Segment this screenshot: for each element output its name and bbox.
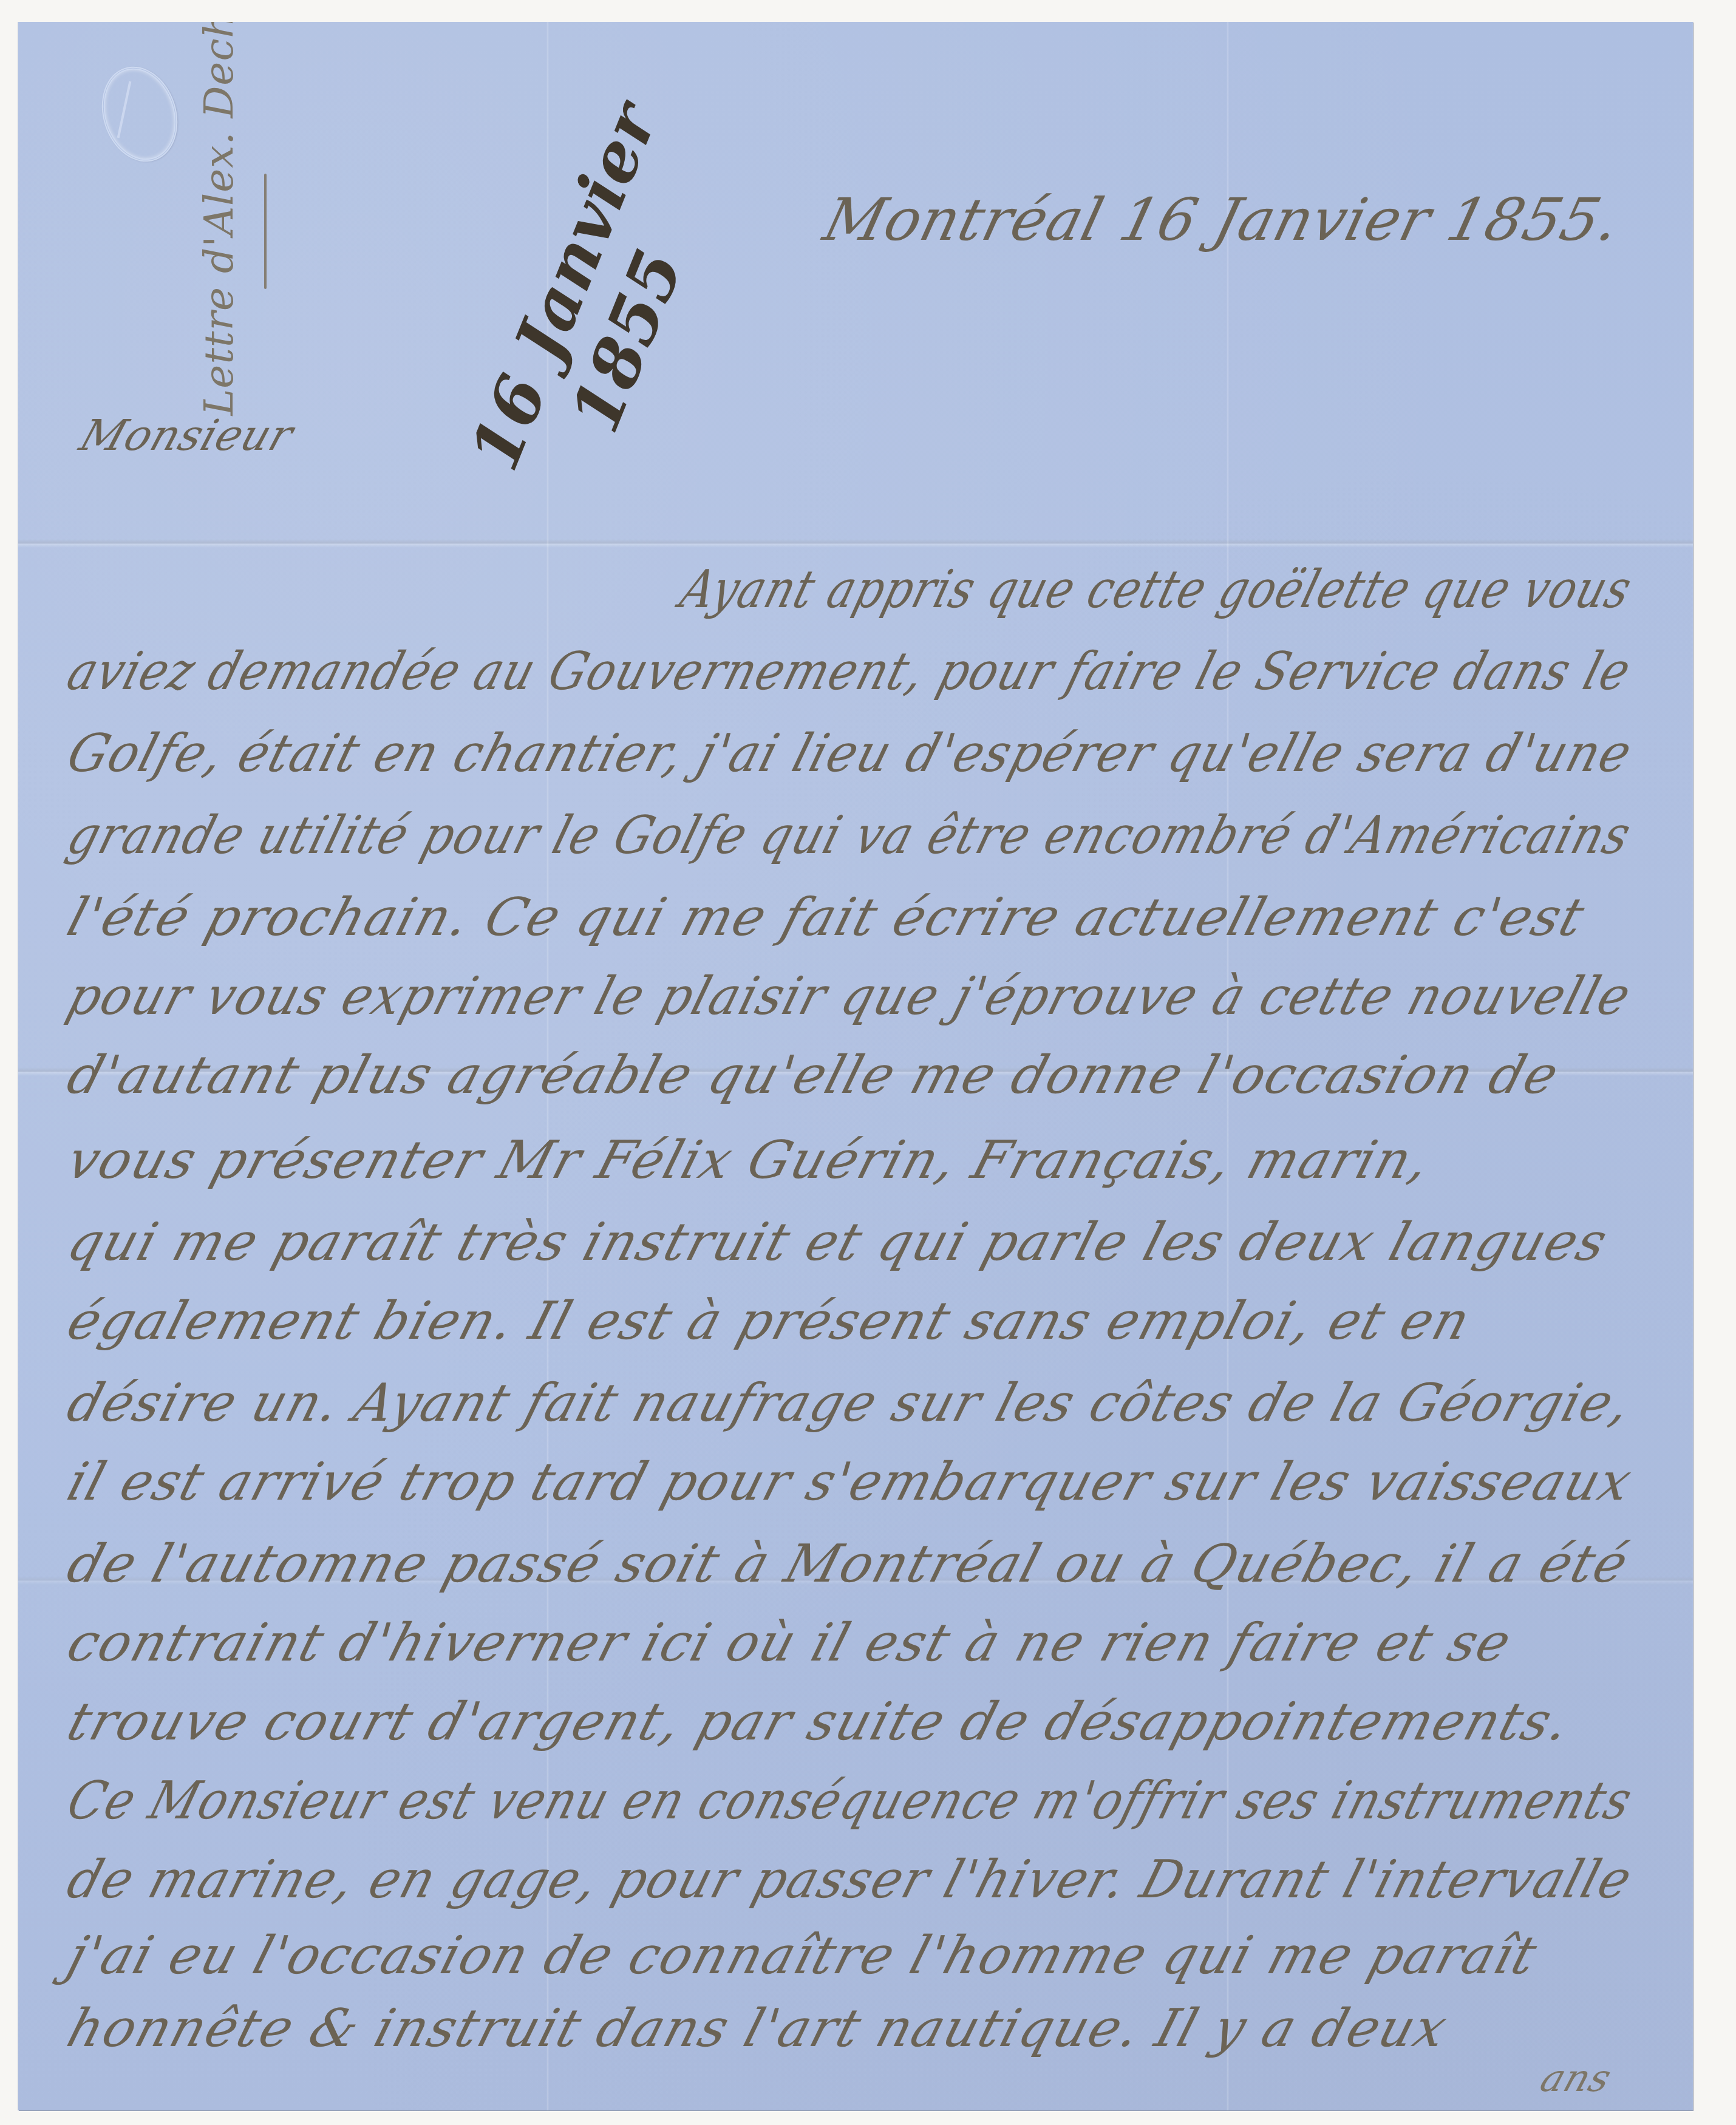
body-line: pour vous exprimer le plaisir que j'épro… [61, 966, 1638, 1027]
body-line: Golfe, était en chantier, j'ai lieu d'es… [61, 723, 1639, 784]
embossed-seal-icon [90, 56, 189, 171]
body-line: qui me paraît très instruit et qui parle… [61, 1212, 1615, 1273]
body-line: trouve court d'argent, par suite de désa… [61, 1691, 1578, 1752]
body-line: d'autant plus agréable qu'elle me donne … [61, 1045, 1566, 1106]
body-line: de marine, en gage, pour passer l'hiver.… [61, 1849, 1639, 1910]
scanned-letter: Lettre d'Alex. Dechêne 16 Janvier 1855 M… [0, 0, 1736, 2125]
body-line: vous présenter Mr Félix Guérin, Français… [61, 1130, 1438, 1191]
horizontal-fold-upper [18, 539, 1693, 548]
body-line: de l'automne passé soit à Montréal ou à … [61, 1534, 1636, 1594]
body-line: aviez demandée au Gouvernement, pour fai… [61, 641, 1638, 702]
body-line: l'été prochain. Ce qui me fait écrire ac… [61, 887, 1592, 948]
place-and-date: Montréal 16 Janvier 1855. [817, 186, 1627, 254]
receipt-date: 16 Janvier 1855 [455, 92, 746, 510]
catchword: ans [1535, 2056, 1617, 2100]
salutation: Monsieur [74, 410, 300, 460]
body-line: contraint d'hiverner ici où il est à ne … [61, 1613, 1519, 1673]
body-line: Ayant appris que cette goëlette que vous [674, 559, 1639, 620]
letter-sheet: Lettre d'Alex. Dechêne 16 Janvier 1855 M… [18, 22, 1693, 2110]
side-annotation: Lettre d'Alex. Dechêne [196, 76, 242, 416]
body-line: également bien. Il est à présent sans em… [61, 1291, 1478, 1351]
body-line: Ce Monsieur est venu en conséquence m'of… [61, 1770, 1639, 1831]
body-line: il est arrivé trop tard pour s'embarquer… [61, 1452, 1639, 1512]
body-line: désire un. Ayant fait naufrage sur les c… [61, 1373, 1638, 1433]
body-line: grande utilité pour le Golfe qui va être… [61, 805, 1638, 866]
side-annotation-rule [264, 174, 267, 289]
body-line: j'ai eu l'occasion de connaître l'homme … [61, 1925, 1545, 1986]
body-line: honnête & instruit dans l'art nautique. … [61, 1998, 1455, 2059]
